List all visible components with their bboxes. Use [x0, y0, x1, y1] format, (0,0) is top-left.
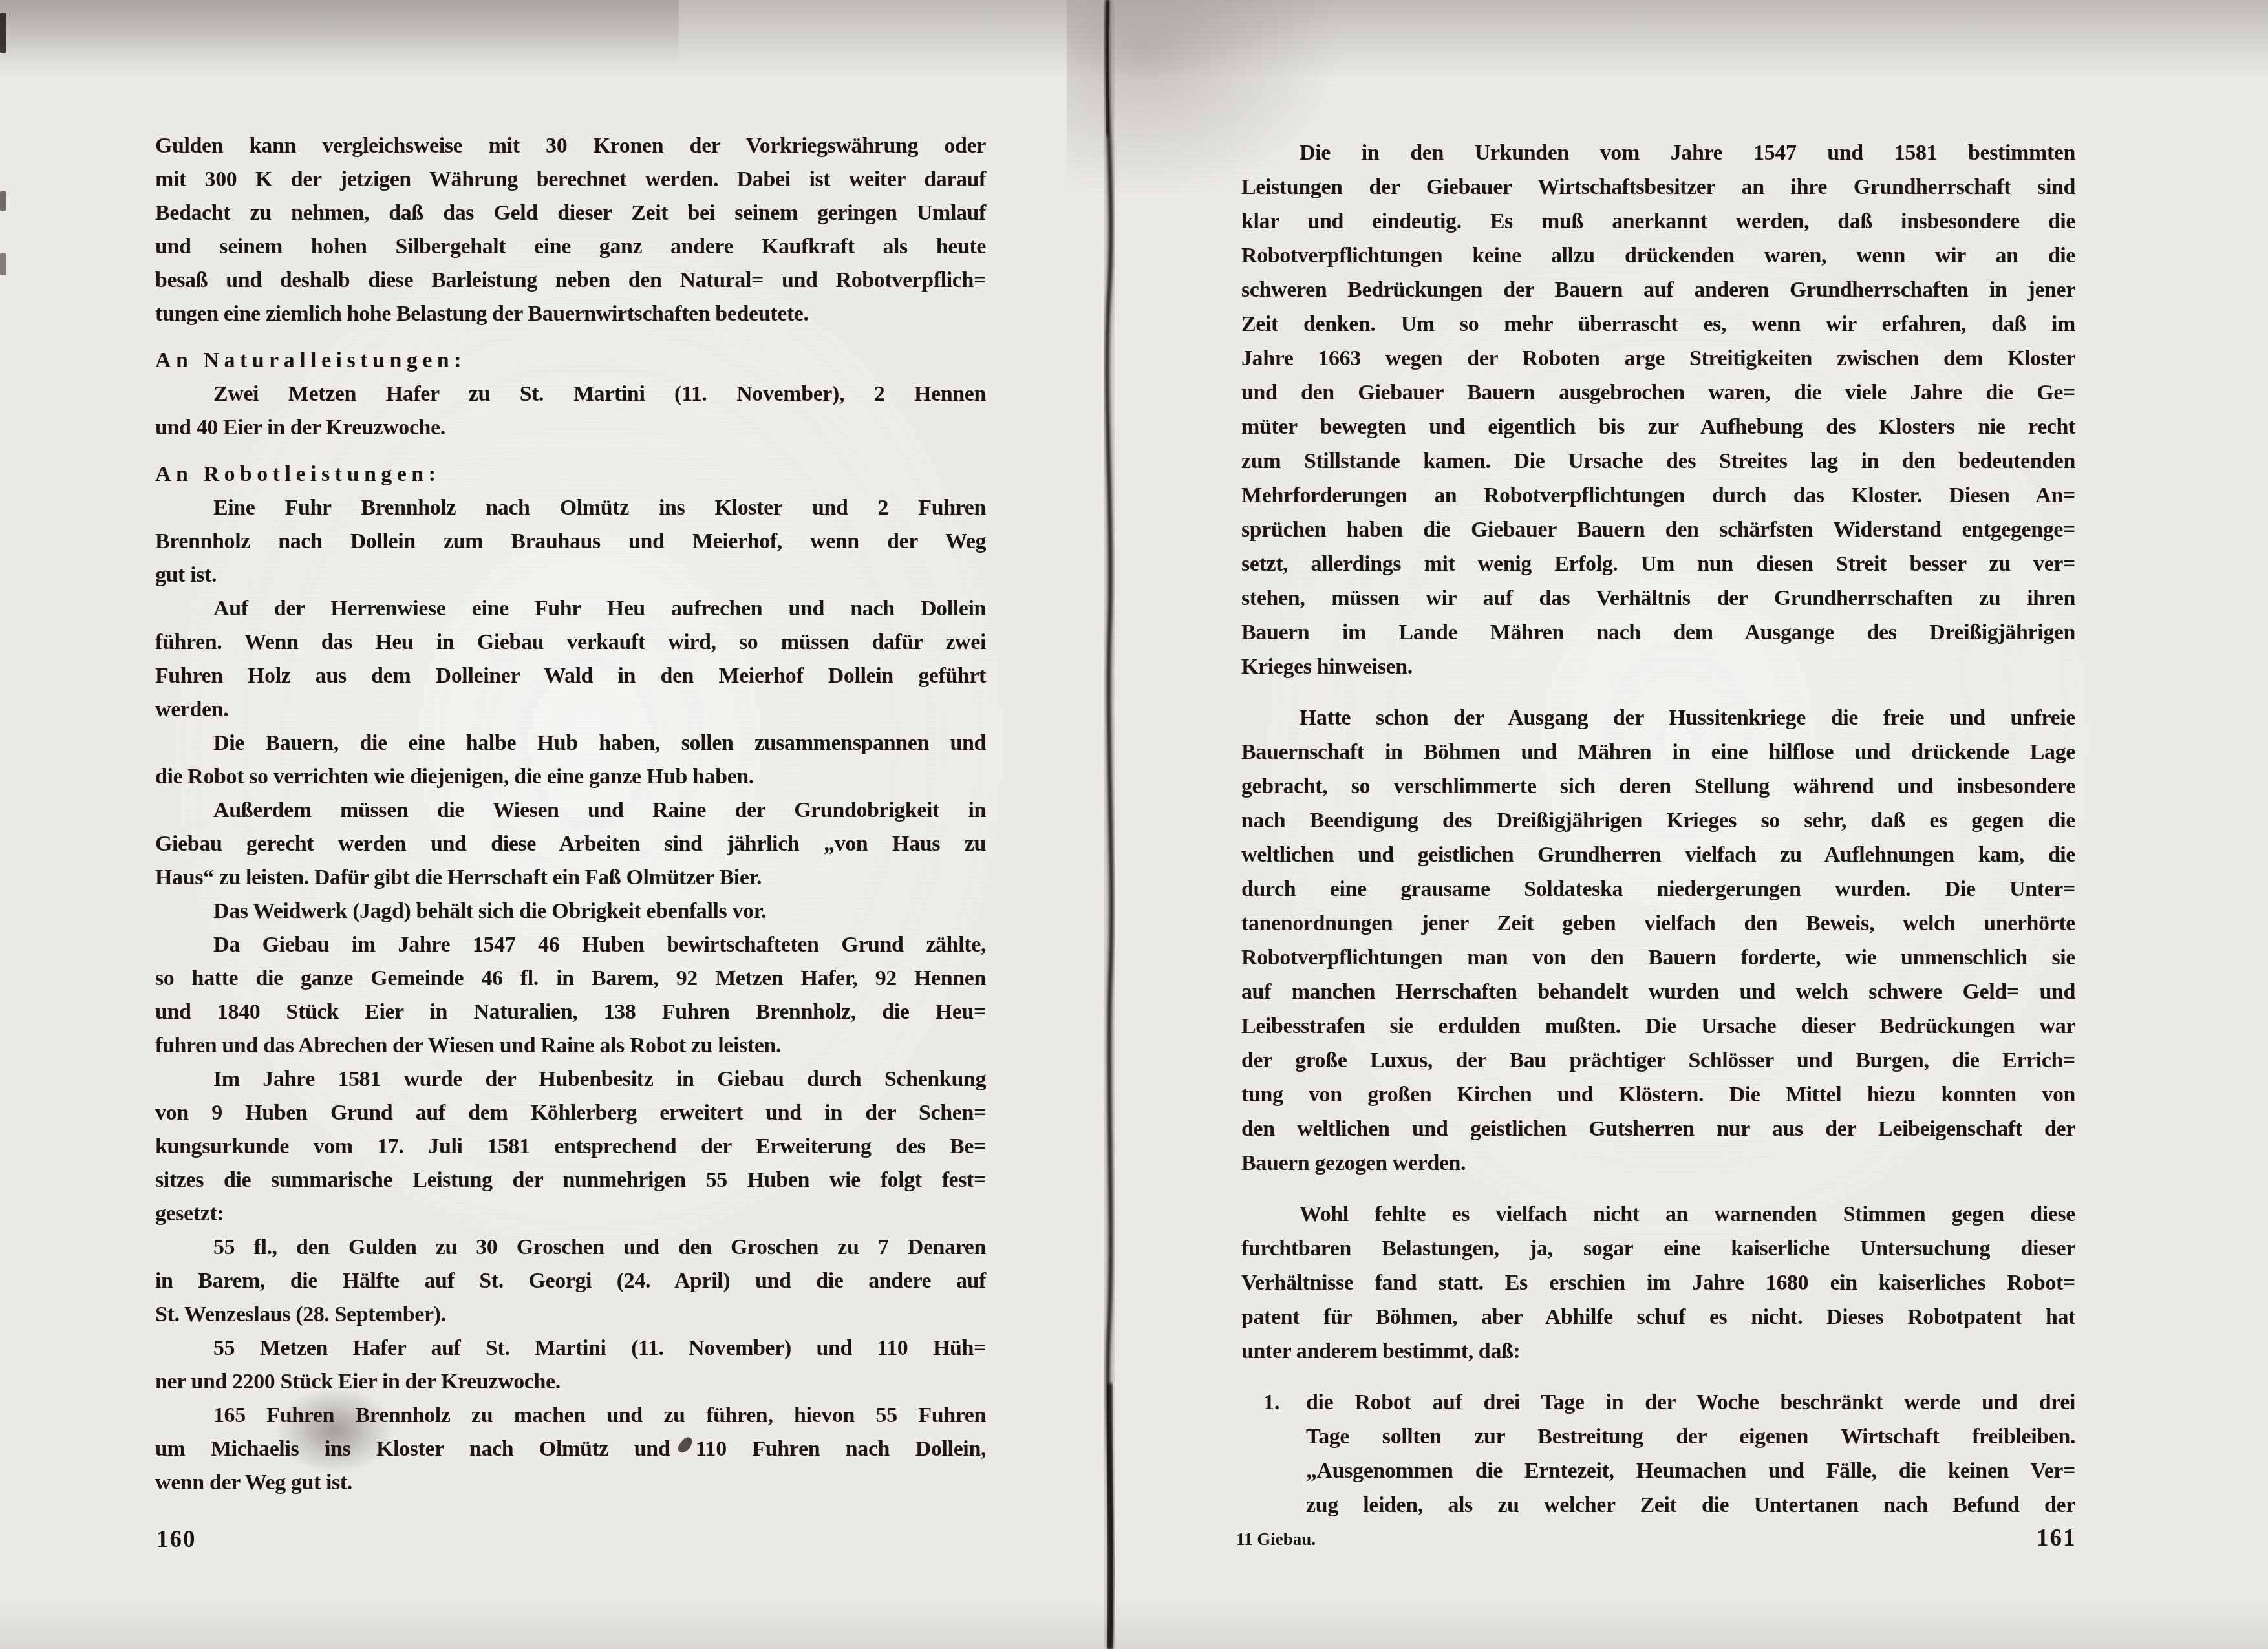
text-line: Bauern im Lande Mähren nach dem Ausgange…: [1241, 615, 2075, 650]
scan-edge-mark: [0, 253, 6, 275]
paragraph: Die in den Urkunden vom Jahre 1547 und 1…: [1241, 136, 2075, 684]
text-line: Zwei Metzen Hafer zu St. Martini (11. No…: [155, 378, 986, 411]
text-line: um Michaelis ins Kloster nach Olmütz und…: [155, 1432, 986, 1466]
paragraph: 55 Metzen Hafer auf St. Martini (11. Nov…: [155, 1332, 986, 1399]
text-line: kungsurkunde vom 17. Juli 1581 entsprech…: [155, 1130, 986, 1164]
text-line: Leistungen der Giebauer Wirtschaftsbesit…: [1241, 170, 2075, 204]
text-line: Brennholz nach Dollein zum Brauhaus und …: [155, 525, 986, 559]
text-line: und seinem hohen Silbergehalt eine ganz …: [155, 230, 986, 264]
text-line: den weltlichen und geistlichen Gutsherre…: [1241, 1112, 2075, 1146]
text-line: Giebau gerecht werden und diese Arbeiten…: [155, 827, 986, 861]
paragraph: Da Giebau im Jahre 1547 46 Huben bewirts…: [155, 928, 986, 1063]
text-line: in Barem, die Hälfte auf St. Georgi (24.…: [155, 1264, 986, 1298]
text-line: so hatte die ganze Gemeinde 46 fl. in Ba…: [155, 962, 986, 995]
text-line: Jahre 1663 wegen der Roboten arge Streit…: [1241, 341, 2075, 376]
text-line: gesetzt:: [155, 1197, 986, 1231]
text-line: patent für Böhmen, aber Abhilfe schuf es…: [1241, 1300, 2075, 1334]
text-line: und 1840 Stück Eier in Naturalien, 138 F…: [155, 995, 986, 1029]
text-line: Hatte schon der Ausgang der Hussitenkrie…: [1241, 701, 2075, 735]
text-line: sitzes die summarische Leistung der nunm…: [155, 1164, 986, 1197]
text-line: und den Giebauer Bauern ausgebrochen war…: [1241, 376, 2075, 410]
text-line: sprüchen haben die Giebauer Bauern den s…: [1241, 513, 2075, 547]
text-line: Gulden kann vergleichsweise mit 30 Krone…: [155, 129, 986, 163]
text-line: und 40 Eier in der Kreuzwoche.: [155, 411, 986, 445]
text-line: furchtbaren Belastungen, ja, sogar eine …: [1241, 1231, 2075, 1266]
text-line: Bauernschaft in Böhmen und Mähren in ein…: [1241, 735, 2075, 769]
text-line: Eine Fuhr Brennholz nach Olmütz ins Klos…: [155, 491, 986, 525]
text-line: Bedacht zu nehmen, daß das Geld dieser Z…: [155, 197, 986, 230]
text-line: klar und eindeutig. Es muß anerkannt wer…: [1241, 204, 2075, 239]
paragraph: 165 Fuhren Brennholz zu machen und zu fü…: [155, 1399, 986, 1500]
text-line: Die in den Urkunden vom Jahre 1547 und 1…: [1241, 136, 2075, 170]
scan-top-shadow-left: [0, 0, 679, 71]
text-line: Robotverpflichtungen keine allzu drücken…: [1241, 239, 2075, 273]
text-line: Die Bauern, die eine halbe Hub haben, so…: [155, 727, 986, 760]
text-line: tanenordnungen jener Zeit geben vielfach…: [1241, 906, 2075, 941]
page-right: Die in den Urkunden vom Jahre 1547 und 1…: [1241, 136, 2075, 1522]
text-line: Haus“ zu leisten. Dafür gibt die Herrsch…: [155, 861, 986, 895]
text-line: Robotverpflichtungen man von den Bauern …: [1241, 941, 2075, 975]
text-line: Wohl fehlte es vielfach nicht an warnend…: [1241, 1197, 2075, 1231]
text-line: Außerdem müssen die Wiesen und Raine der…: [155, 794, 986, 827]
text-line: tung von großen Kirchen und Klöstern. Di…: [1241, 1078, 2075, 1112]
text-line: die Robot so verrichten wie diejenigen, …: [155, 760, 986, 794]
text-line: zum Stillstande kamen. Die Ursache des S…: [1241, 444, 2075, 478]
paragraph: Das Weidwerk (Jagd) behält sich die Obri…: [155, 895, 986, 928]
text-line: werden.: [155, 693, 986, 727]
text-line: fuhren und das Abrechen der Wiesen und R…: [155, 1029, 986, 1063]
text-line: Tage sollten zur Bestreitung der eigenen…: [1306, 1420, 2075, 1454]
text-line: Auf der Herrenwiese eine Fuhr Heu aufrec…: [155, 592, 986, 626]
text-line: Das Weidwerk (Jagd) behält sich die Obri…: [155, 895, 986, 928]
list-item: 1.die Robot auf drei Tage in der Woche b…: [1241, 1385, 2075, 1522]
text-line: Leibesstrafen sie erdulden mußten. Die U…: [1241, 1009, 2075, 1043]
text-line: Krieges hinweisen.: [1241, 650, 2075, 684]
section-heading: An Naturalleistungen:: [155, 344, 986, 378]
page-left: Gulden kann vergleichsweise mit 30 Krone…: [155, 129, 986, 1500]
page-number-left: 160: [156, 1526, 197, 1553]
text-line: „Ausgenommen die Erntezeit, Heumachen un…: [1306, 1454, 2075, 1488]
text-line: der große Luxus, der Bau prächtiger Schl…: [1241, 1043, 2075, 1078]
binding-gutter-line: [1070, 0, 1148, 1649]
text-line: unter anderem bestimmt, daß:: [1241, 1334, 2075, 1368]
text-line: 55 Metzen Hafer auf St. Martini (11. Nov…: [155, 1332, 986, 1365]
paragraph: Eine Fuhr Brennholz nach Olmütz ins Klos…: [155, 491, 986, 592]
list-item-body: die Robot auf drei Tage in der Woche bes…: [1306, 1385, 2075, 1522]
text-line: Bauern gezogen werden.: [1241, 1146, 2075, 1180]
text-line: Zeit denken. Um so mehr überrascht es, w…: [1241, 307, 2075, 341]
paragraph: Hatte schon der Ausgang der Hussitenkrie…: [1241, 701, 2075, 1180]
text-line: führen. Wenn das Heu in Giebau verkauft …: [155, 626, 986, 659]
paragraph: Auf der Herrenwiese eine Fuhr Heu aufrec…: [155, 592, 986, 727]
page-left-text: Gulden kann vergleichsweise mit 30 Krone…: [155, 129, 986, 1500]
list-item-number: 1.: [1241, 1385, 1306, 1522]
paragraph: Im Jahre 1581 wurde der Hubenbesitz in G…: [155, 1063, 986, 1231]
text-line: Mehrforderungen an Robotverpflichtungen …: [1241, 478, 2075, 513]
page-number-right: 161: [2037, 1524, 2077, 1552]
text-line: 55 fl., den Gulden zu 30 Groschen und de…: [155, 1231, 986, 1264]
page-right-text: Die in den Urkunden vom Jahre 1547 und 1…: [1241, 136, 2075, 1522]
paragraph: 55 fl., den Gulden zu 30 Groschen und de…: [155, 1231, 986, 1332]
text-line: von 9 Huben Grund auf dem Köhlerberg erw…: [155, 1096, 986, 1130]
text-line: ner und 2200 Stück Eier in der Kreuzwoch…: [155, 1365, 986, 1399]
text-line: Im Jahre 1581 wurde der Hubenbesitz in G…: [155, 1063, 986, 1096]
text-line: setzt, allerdings mit wenig Erfolg. Um n…: [1241, 547, 2075, 581]
signature-mark: 11 Giebau.: [1236, 1529, 1316, 1549]
text-line: auf manchen Herrschaften behandelt wurde…: [1241, 975, 2075, 1009]
text-line: schweren Bedrückungen der Bauern auf and…: [1241, 273, 2075, 307]
text-line: weltlichen und geistlichen Grundherren v…: [1241, 838, 2075, 872]
paragraph: Die Bauern, die eine halbe Hub haben, so…: [155, 727, 986, 794]
text-line: St. Wenzeslaus (28. September).: [155, 1298, 986, 1332]
text-line: nach Beendigung des Dreißigjährigen Krie…: [1241, 803, 2075, 838]
section-heading: An Robotleistungen:: [155, 458, 986, 491]
paragraph: Zwei Metzen Hafer zu St. Martini (11. No…: [155, 378, 986, 445]
paragraph: Außerdem müssen die Wiesen und Raine der…: [155, 794, 986, 895]
text-line: zug leiden, als zu welcher Zeit die Unte…: [1306, 1488, 2075, 1522]
text-line: besaß und deshalb diese Barleistung nebe…: [155, 264, 986, 297]
text-line: durch eine grausame Soldateska niederger…: [1241, 872, 2075, 906]
text-line: gebracht, so verschlimmerte sich deren S…: [1241, 769, 2075, 803]
scan-edge-mark: [0, 191, 6, 211]
text-line: tungen eine ziemlich hohe Belastung der …: [155, 297, 986, 331]
text-line: wenn der Weg gut ist.: [155, 1466, 986, 1500]
text-line: müter bewegten und eigentlich bis zur Au…: [1241, 410, 2075, 444]
text-line: die Robot auf drei Tage in der Woche bes…: [1306, 1385, 2075, 1420]
text-line: stehen, müssen wir auf das Verhältnis de…: [1241, 581, 2075, 615]
book-scan: Gulden kann vergleichsweise mit 30 Krone…: [0, 0, 2268, 1649]
scan-edge-mark: [0, 13, 6, 53]
paragraph: Wohl fehlte es vielfach nicht an warnend…: [1241, 1197, 2075, 1368]
text-line: Fuhren Holz aus dem Dolleiner Wald in de…: [155, 659, 986, 693]
paragraph: Gulden kann vergleichsweise mit 30 Krone…: [155, 129, 986, 331]
text-line: gut ist.: [155, 559, 986, 592]
text-line: 165 Fuhren Brennholz zu machen und zu fü…: [155, 1399, 986, 1432]
text-line: Da Giebau im Jahre 1547 46 Huben bewirts…: [155, 928, 986, 962]
text-line: mit 300 K der jetzigen Währung berechnet…: [155, 163, 986, 197]
text-line: Verhältnisse fand statt. Es erschien im …: [1241, 1266, 2075, 1300]
